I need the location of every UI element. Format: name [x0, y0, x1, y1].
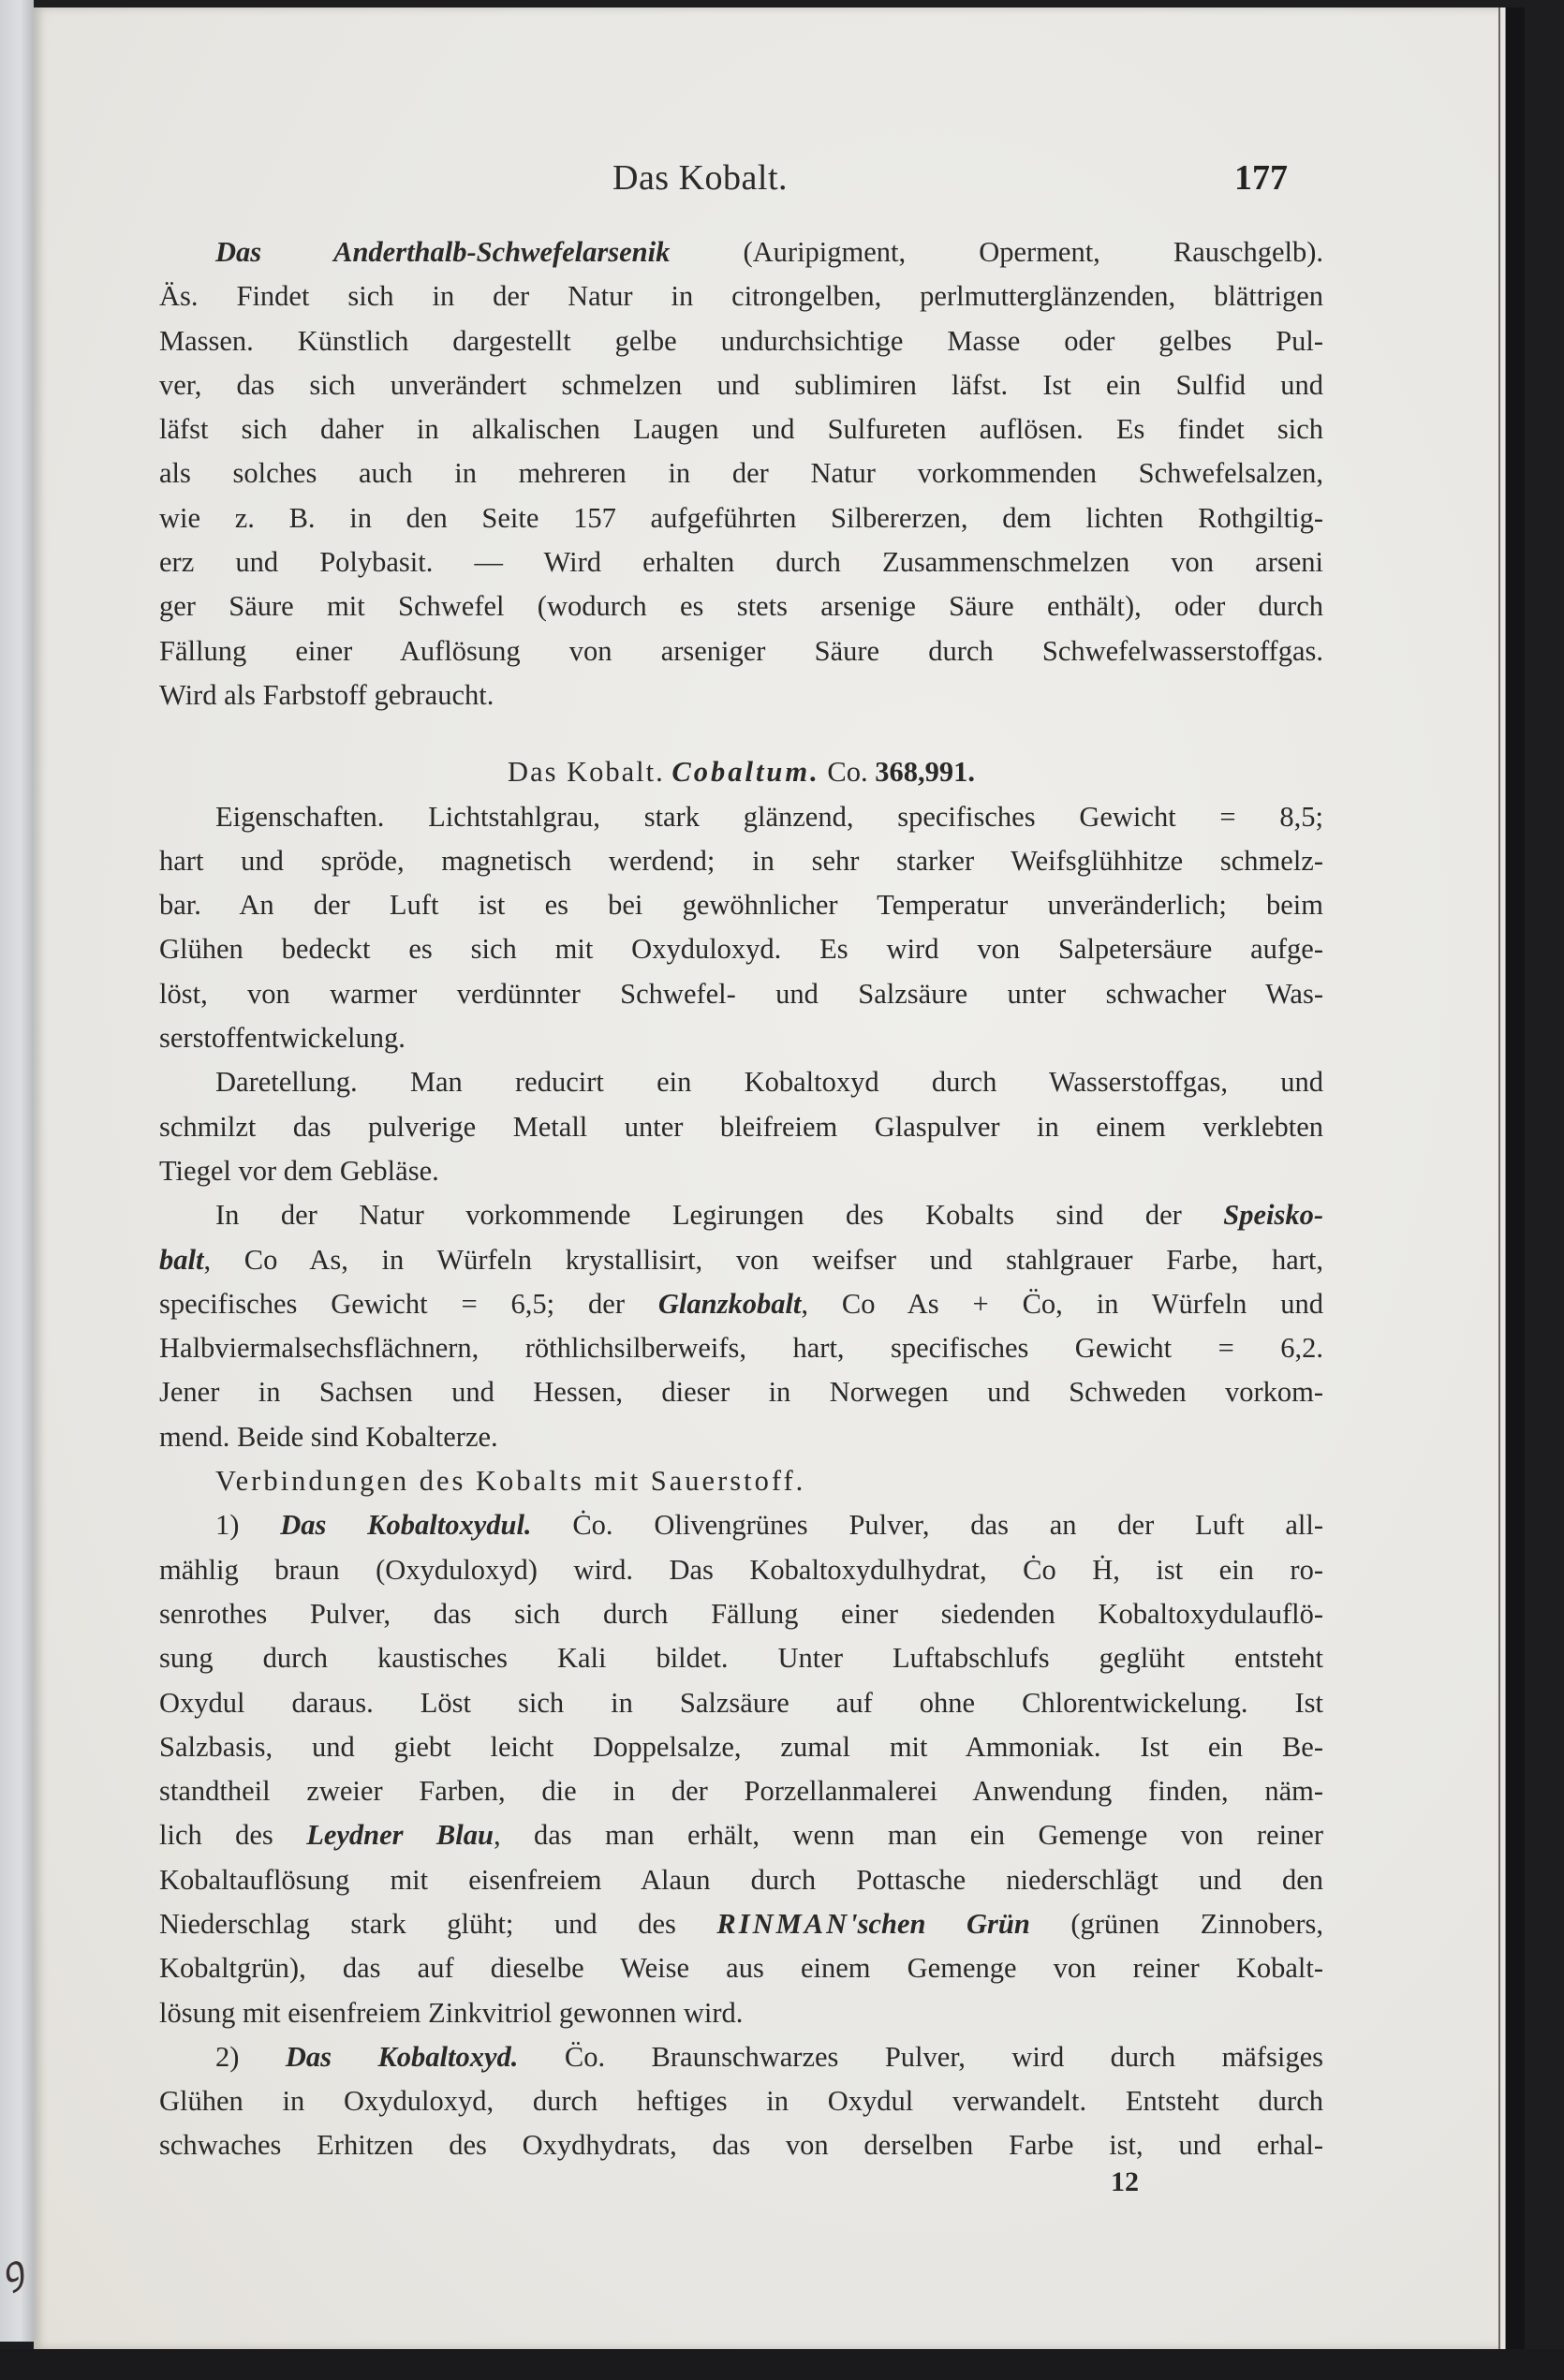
term-rinmanschen-gruen: 'schen Grün	[849, 1908, 1030, 1940]
paragraph-auripigment: Das Anderthalb-Schwefelarsenik (Auripigm…	[159, 230, 1323, 717]
section-heading-kobalt: Das Kobalt. Cobaltum. Co. 368,991.	[159, 750, 1323, 794]
page-number: 177	[1234, 157, 1288, 199]
adjacent-page-edge: ꝯ	[0, 0, 34, 2342]
atomic-weight: 368,991.	[875, 756, 975, 788]
name-rinman: RINMAN	[716, 1908, 849, 1940]
book-page: Das Kobalt. 177 Das Anderthalb-Schwefela…	[34, 7, 1525, 2349]
subsection-heading: Verbindungen des Kobalts mit Sauerstoff.	[159, 1459, 1323, 1503]
term-anderthalb-schwefelarsenik: Das Anderthalb-Schwefelarsenik	[215, 236, 670, 268]
term-leydner-blau: Leydner Blau	[306, 1819, 494, 1851]
running-title: Das Kobalt.	[612, 157, 788, 199]
latin-name: Cobaltum.	[671, 756, 819, 788]
body-text: Das Anderthalb-Schwefelarsenik (Auripigm…	[159, 230, 1323, 2168]
paragraph-kobaltoxyd: 2) Das Kobaltoxyd. C̈o. Braunschwarzes P…	[159, 2035, 1323, 2168]
signature-mark: 12	[1111, 2166, 1139, 2198]
paragraph-legirungen: In der Natur vorkommende Legirungen des …	[159, 1193, 1323, 1459]
term-glanzkobalt: Glanzkobalt	[658, 1288, 802, 1320]
background-right	[1506, 7, 1525, 2349]
paragraph-kobaltoxydul: 1) Das Kobaltoxydul. Ċo. Olivengrünes Pu…	[159, 1503, 1323, 2035]
term-kobaltoxydul: Das Kobaltoxydul.	[280, 1509, 531, 1541]
paragraph-darstellung: Daretellung. Man reducirt ein Kobaltoxyd…	[159, 1060, 1323, 1193]
term-kobaltoxyd: Das Kobaltoxyd.	[286, 2041, 519, 2073]
paragraph-eigenschaften: Eigenschaften. Lichtstahlgrau, stark glä…	[159, 795, 1323, 1061]
page-header: Das Kobalt. 177	[34, 157, 1525, 204]
background-bottom	[0, 2349, 1564, 2380]
term-speiskobalt: Speisko-	[1223, 1199, 1323, 1231]
margin-scrawl: ꝯ	[0, 2241, 30, 2298]
